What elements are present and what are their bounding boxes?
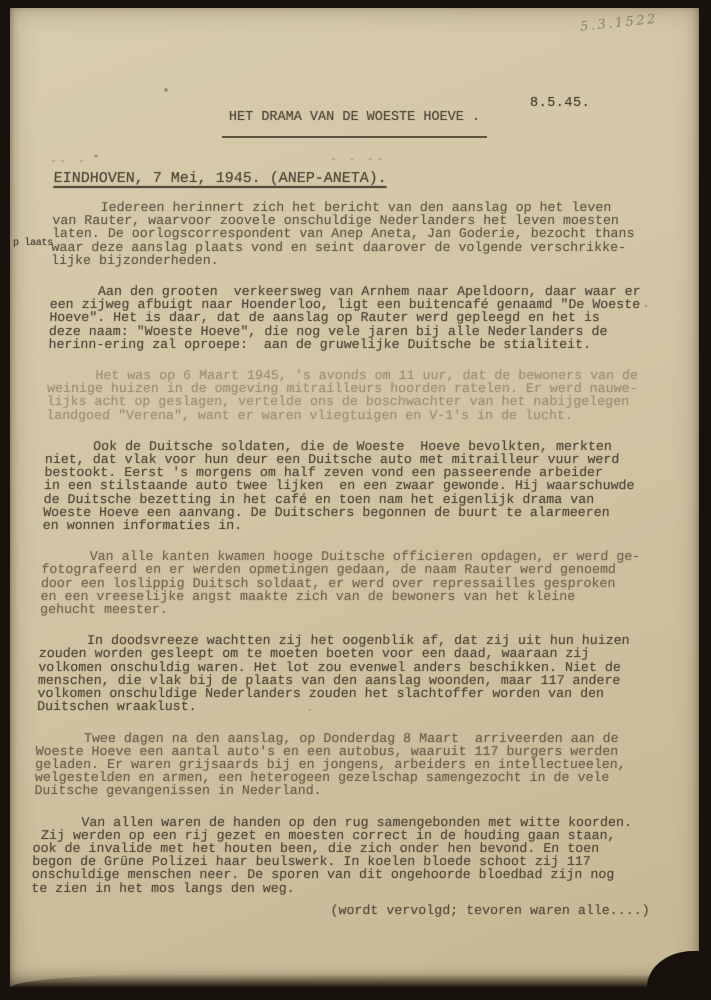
paragraph-8: Van allen waren de handen op den rug sam… [31,816,652,895]
dateline: EINDHOVEN, 7 Mei, 1945. (ANEP-ANETA). [53,170,673,187]
paragraph-6: In doodsvreeze wachtten zij het oogenbli… [37,634,658,713]
paragraph-1: Iedereen herinnert zich het bericht van … [51,201,672,267]
paragraph-2: Aan den grooten verkeersweg van Arnhem n… [48,285,669,351]
pencil-annotation: 5.3.1522 [580,8,691,34]
paragraph-5: Van alle kanten kwamen hooge Duitsche of… [40,550,661,616]
scanned-document-photo: 5.3.1522 8.5.45. HET DRAMA VAN DE WOESTE… [0,0,711,1000]
paragraph-7: Twee dagen na den aanslag, op Donderdag … [34,732,655,798]
paragraph-4: Ook de Duitsche soldaten, die de Woeste … [43,440,665,532]
article-body: Iedereen herinnert zich het bericht van … [31,201,672,895]
stray-typed-marks-mid: - - -- [330,152,385,166]
title-block: HET DRAMA VAN DE WOESTE HOEVE . [10,107,699,138]
continuation-note: (wordt vervolgd; tevoren waren alle....) [30,903,649,918]
text-column: EINDHOVEN, 7 Mei, 1945. (ANEP-ANETA). Ie… [30,168,673,918]
document-title: HET DRAMA VAN DE WOESTE HOEVE . [222,110,487,138]
torn-corner [647,951,701,989]
stray-typed-marks-left: -- - [50,154,87,168]
paragraph-3: Het was op 6 Maart 1945, 's avonds om 11… [46,369,667,422]
margin-correction-insert: p laats [13,238,53,249]
document-page: 5.3.1522 8.5.45. HET DRAMA VAN DE WOESTE… [10,8,699,987]
paper-bottom-shadow [10,974,699,988]
